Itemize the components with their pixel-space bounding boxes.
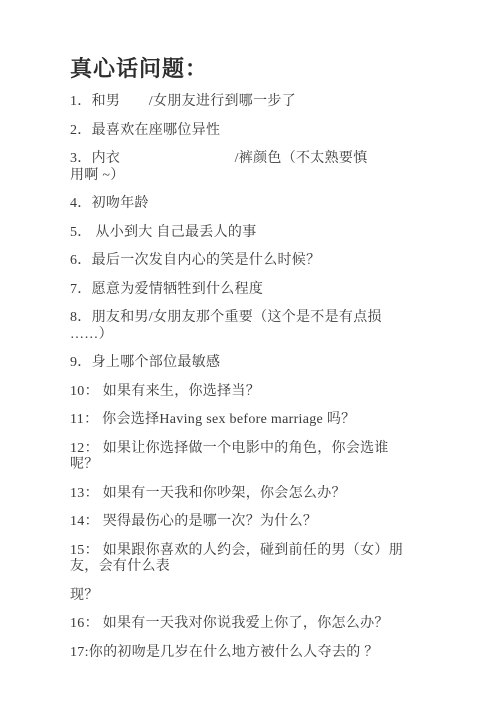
question-list: 1．和男 /女朋友进行到哪一步了2．最喜欢在座哪位异性3．内衣 /裤颜色（不太熟… xyxy=(70,94,442,661)
question-line: ……） xyxy=(70,327,442,344)
question-paragraph: 6．最后一次发自内心的笑是什么时候？ xyxy=(70,253,442,270)
question-line: 11： 你会选择Having sex before marriage 吗？ xyxy=(70,412,442,429)
question-paragraph: 现？ xyxy=(70,588,442,605)
question-line: 8．朋友和男/女朋友那个重要（这个是不是有点损 xyxy=(70,310,442,327)
question-line: 2．最喜欢在座哪位异性 xyxy=(70,123,442,140)
document-page: 真心话问题： 1．和男 /女朋友进行到哪一步了2．最喜欢在座哪位异性3．内衣 /… xyxy=(0,0,500,708)
question-line: 9．身上哪个部位最敏感 xyxy=(70,355,442,372)
question-line: 1．和男 /女朋友进行到哪一步了 xyxy=(70,94,442,111)
question-paragraph: 1．和男 /女朋友进行到哪一步了 xyxy=(70,94,442,111)
question-paragraph: 10： 如果有来生，你选择当？ xyxy=(70,384,442,401)
question-paragraph: 17:你的初吻是几岁在什么地方被什么人夺去的 ？ xyxy=(70,645,442,662)
question-line: 15： 如果跟你喜欢的人约会，碰到前任的男（女）朋 xyxy=(70,543,442,560)
question-paragraph: 2．最喜欢在座哪位异性 xyxy=(70,123,442,140)
question-paragraph: 14： 哭得最伤心的是哪一次？为什么？ xyxy=(70,514,442,531)
question-line: 用啊 ~） xyxy=(70,168,442,185)
question-line: 7．愿意为爱情牺牲到什么程度 xyxy=(70,282,442,299)
question-line: 10： 如果有来生，你选择当？ xyxy=(70,384,442,401)
question-line: 12： 如果让你选择做一个电影中的角色，你会选谁 xyxy=(70,441,442,458)
question-paragraph: 11： 你会选择Having sex before marriage 吗？ xyxy=(70,412,442,429)
question-paragraph: 8．朋友和男/女朋友那个重要（这个是不是有点损……） xyxy=(70,310,442,343)
question-line: 友，会有什么表 xyxy=(70,559,442,576)
question-line: 16： 如果有一天我对你说我爱上你了，你怎么办？ xyxy=(70,616,442,633)
question-line: 14： 哭得最伤心的是哪一次？为什么？ xyxy=(70,514,442,531)
question-paragraph: 5． 从小到大 自己最丢人的事 xyxy=(70,225,442,242)
question-paragraph: 16： 如果有一天我对你说我爱上你了，你怎么办？ xyxy=(70,616,442,633)
question-paragraph: 9．身上哪个部位最敏感 xyxy=(70,355,442,372)
question-line: 4．初吻年龄 xyxy=(70,196,442,213)
question-paragraph: 12： 如果让你选择做一个电影中的角色，你会选谁呢？ xyxy=(70,441,442,474)
question-paragraph: 13： 如果有一天我和你吵架，你会怎么办？ xyxy=(70,486,442,503)
question-line: 3．内衣 /裤颜色（不太熟要慎 xyxy=(70,151,442,168)
question-paragraph: 7．愿意为爱情牺牲到什么程度 xyxy=(70,282,442,299)
question-line: 呢？ xyxy=(70,457,442,474)
question-line: 13： 如果有一天我和你吵架，你会怎么办？ xyxy=(70,486,442,503)
question-line: 6．最后一次发自内心的笑是什么时候？ xyxy=(70,253,442,270)
question-paragraph: 15： 如果跟你喜欢的人约会，碰到前任的男（女）朋友，会有什么表 xyxy=(70,543,442,576)
question-line: 5． 从小到大 自己最丢人的事 xyxy=(70,225,442,242)
page-title: 真心话问题： xyxy=(70,56,442,82)
question-line: 现？ xyxy=(70,588,442,605)
question-paragraph: 4．初吻年龄 xyxy=(70,196,442,213)
question-paragraph: 3．内衣 /裤颜色（不太熟要慎用啊 ~） xyxy=(70,151,442,184)
question-line: 17:你的初吻是几岁在什么地方被什么人夺去的 ？ xyxy=(70,645,442,662)
